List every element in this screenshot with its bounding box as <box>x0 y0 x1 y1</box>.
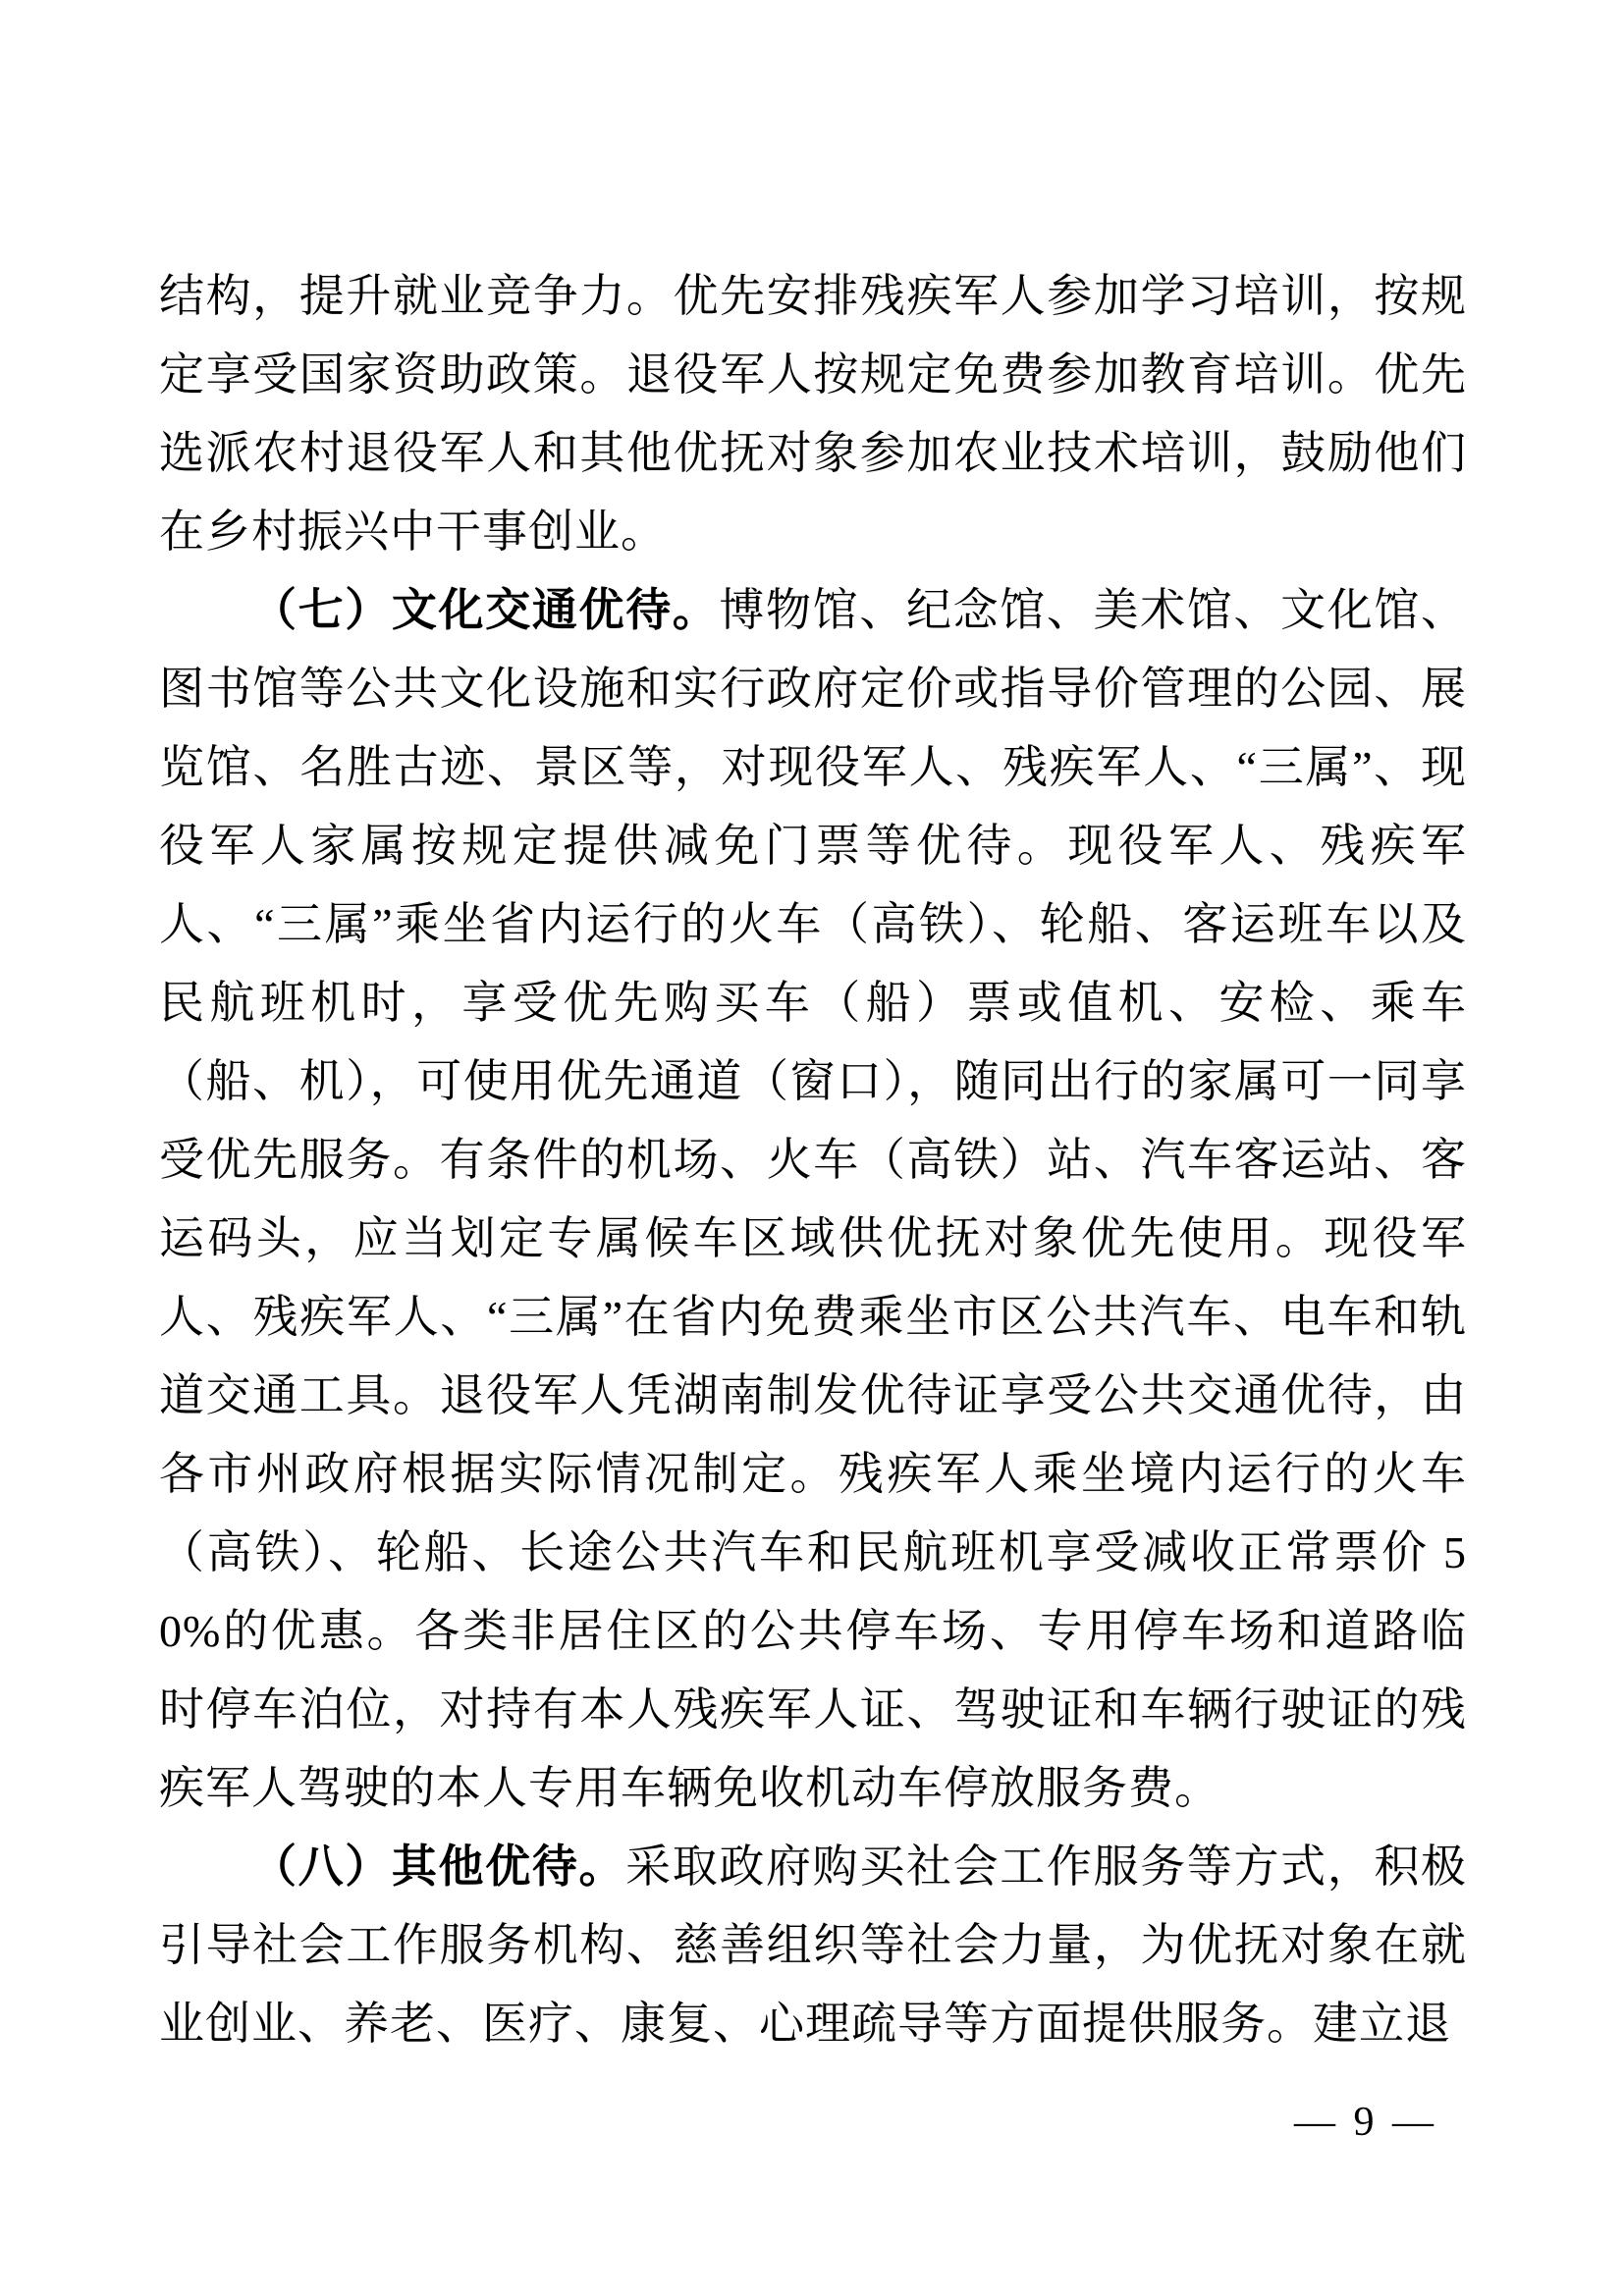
paragraph-section-8: （八）其他优待。采取政府购买社会工作服务等方式，积极引导社会工作服务机构、慈善组… <box>159 1828 1467 2063</box>
paragraph-text: 结构，提升就业竞争力。优先安排残疾军人参加学习培训，按规定享受国家资助政策。退役… <box>159 271 1467 557</box>
section-7-heading: （七）文化交通优待。 <box>251 585 719 635</box>
section-8-heading: （八）其他优待。 <box>251 1842 625 1892</box>
paragraph-continuation: 结构，提升就业竞争力。优先安排残疾军人参加学习培训，按规定享受国家资助政策。退役… <box>159 257 1467 571</box>
document-body: 结构，提升就业竞争力。优先安排残疾军人参加学习培训，按规定享受国家资助政策。退役… <box>159 257 1467 2063</box>
page-number: — 9 — <box>1294 2099 1437 2146</box>
document-page: 结构，提升就业竞争力。优先安排残疾军人参加学习培训，按规定享受国家资助政策。退役… <box>0 0 1624 2296</box>
paragraph-text: 博物馆、纪念馆、美术馆、文化馆、图书馆等公共文化设施和实行政府定价或指导价管理的… <box>159 585 1467 1813</box>
paragraph-section-7: （七）文化交通优待。博物馆、纪念馆、美术馆、文化馆、图书馆等公共文化设施和实行政… <box>159 571 1467 1828</box>
